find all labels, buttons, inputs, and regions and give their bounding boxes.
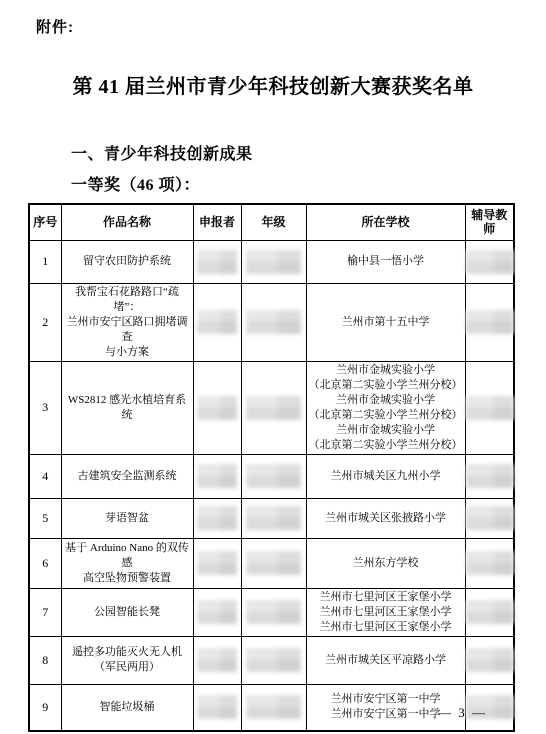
redacted-blur	[246, 648, 301, 672]
serial-cell: 7	[29, 588, 61, 636]
school-cell: 榆中县一悟小学	[306, 240, 465, 283]
serial-cell: 4	[29, 454, 61, 498]
grade-cell	[241, 454, 306, 498]
redacted-blur	[466, 600, 515, 624]
school-cell: 兰州市城关区平凉路小学	[306, 636, 465, 684]
redacted-blur	[197, 506, 237, 530]
serial-cell: 6	[29, 538, 61, 588]
redacted-blur	[466, 464, 515, 488]
redacted-blur	[466, 250, 515, 274]
redacted-blur	[246, 551, 301, 575]
applicant-cell	[193, 454, 241, 498]
redacted-blur	[197, 396, 237, 420]
applicant-cell	[193, 538, 241, 588]
serial-cell: 9	[29, 684, 61, 731]
redacted-blur	[246, 250, 301, 274]
grade-cell	[241, 283, 306, 361]
tutor-cell	[465, 361, 514, 454]
page-number: — 3 —	[438, 705, 487, 721]
table-row: 3WS2812 感光水植培育系统兰州市金城实验小学（北京第二实验小学兰州分校）兰…	[29, 361, 514, 454]
redacted-blur	[466, 506, 515, 530]
work-title-cell: 芽语智盆	[61, 498, 193, 538]
redacted-blur	[197, 551, 237, 575]
school-cell: 兰州市城关区九州小学	[306, 454, 465, 498]
redacted-blur	[197, 464, 237, 488]
applicant-cell	[193, 636, 241, 684]
redacted-blur	[197, 310, 237, 334]
serial-cell: 5	[29, 498, 61, 538]
school-cell: 兰州市第十五中学	[306, 283, 465, 361]
grade-cell	[241, 498, 306, 538]
school-cell: 兰州市金城实验小学（北京第二实验小学兰州分校）兰州市金城实验小学（北京第二实验小…	[306, 361, 465, 454]
table-row: 2我帮宝石花路路口“疏堵”：兰州市安宁区路口拥堵调查与小方案兰州市第十五中学	[29, 283, 514, 361]
grade-cell	[241, 361, 306, 454]
work-title-cell: 公园智能长凳	[61, 588, 193, 636]
redacted-blur	[246, 396, 301, 420]
redacted-blur	[466, 648, 515, 672]
tutor-cell	[465, 283, 514, 361]
grade-cell	[241, 538, 306, 588]
tutor-cell	[465, 498, 514, 538]
grade-cell	[241, 684, 306, 731]
school-cell: 兰州市城关区张掖路小学	[306, 498, 465, 538]
redacted-blur	[466, 551, 515, 575]
tutor-cell	[465, 588, 514, 636]
tutor-cell	[465, 240, 514, 283]
table-row: 1留守农田防护系统榆中县一悟小学	[29, 240, 514, 283]
redacted-blur	[246, 310, 301, 334]
redacted-blur	[466, 396, 515, 420]
grade-cell	[241, 240, 306, 283]
prize-heading: 一等奖（46 项）：	[71, 172, 200, 195]
table-row: 8遥控多功能灭火无人机（军民两用）兰州市城关区平凉路小学	[29, 636, 514, 684]
redacted-blur	[197, 695, 237, 719]
redacted-blur	[197, 250, 237, 274]
header-tutor: 辅导教师	[465, 204, 514, 240]
header-serial: 序号	[29, 204, 61, 240]
table-row: 6基于 Arduino Nano 的双传感高空坠物预警装置兰州东方学校	[29, 538, 514, 588]
redacted-blur	[246, 600, 301, 624]
award-table: 序号 作品名称 申报者 年级 所在学校 辅导教师 1留守农田防护系统榆中县一悟小…	[28, 203, 515, 732]
tutor-cell	[465, 636, 514, 684]
work-title-cell: 留守农田防护系统	[61, 240, 193, 283]
table-row: 7公园智能长凳兰州市七里河区王家堡小学兰州市七里河区王家堡小学兰州市七里河区王家…	[29, 588, 514, 636]
header-applicant: 申报者	[193, 204, 241, 240]
redacted-blur	[246, 506, 301, 530]
applicant-cell	[193, 684, 241, 731]
table-header-row: 序号 作品名称 申报者 年级 所在学校 辅导教师	[29, 204, 514, 240]
applicant-cell	[193, 283, 241, 361]
applicant-cell	[193, 240, 241, 283]
header-school: 所在学校	[306, 204, 465, 240]
redacted-blur	[466, 310, 515, 334]
applicant-cell	[193, 588, 241, 636]
work-title-cell: 遥控多功能灭火无人机（军民两用）	[61, 636, 193, 684]
grade-cell	[241, 588, 306, 636]
applicant-cell	[193, 498, 241, 538]
document-title: 第 41 届兰州市青少年科技创新大赛获奖名单	[0, 70, 546, 99]
header-grade: 年级	[241, 204, 306, 240]
header-work-title: 作品名称	[61, 204, 193, 240]
redacted-blur	[197, 648, 237, 672]
tutor-cell	[465, 454, 514, 498]
grade-cell	[241, 636, 306, 684]
redacted-blur	[246, 464, 301, 488]
work-title-cell: 基于 Arduino Nano 的双传感高空坠物预警装置	[61, 538, 193, 588]
redacted-blur	[197, 600, 237, 624]
attachment-label: 附件:	[36, 16, 74, 37]
applicant-cell	[193, 361, 241, 454]
redacted-blur	[246, 695, 301, 719]
tutor-cell	[465, 538, 514, 588]
serial-cell: 2	[29, 283, 61, 361]
school-cell: 兰州东方学校	[306, 538, 465, 588]
section-heading: 一、青少年科技创新成果	[71, 141, 253, 164]
serial-cell: 8	[29, 636, 61, 684]
work-title-cell: 我帮宝石花路路口“疏堵”：兰州市安宁区路口拥堵调查与小方案	[61, 283, 193, 361]
table-row: 4古建筑安全监测系统兰州市城关区九州小学	[29, 454, 514, 498]
serial-cell: 3	[29, 361, 61, 454]
work-title-cell: 智能垃圾桶	[61, 684, 193, 731]
serial-cell: 1	[29, 240, 61, 283]
document-page: 附件: 第 41 届兰州市青少年科技创新大赛获奖名单 一、青少年科技创新成果 一…	[0, 0, 546, 734]
work-title-cell: 古建筑安全监测系统	[61, 454, 193, 498]
table-body: 1留守农田防护系统榆中县一悟小学2我帮宝石花路路口“疏堵”：兰州市安宁区路口拥堵…	[29, 240, 514, 731]
school-cell: 兰州市七里河区王家堡小学兰州市七里河区王家堡小学兰州市七里河区王家堡小学	[306, 588, 465, 636]
work-title-cell: WS2812 感光水植培育系统	[61, 361, 193, 454]
table-row: 5芽语智盆兰州市城关区张掖路小学	[29, 498, 514, 538]
